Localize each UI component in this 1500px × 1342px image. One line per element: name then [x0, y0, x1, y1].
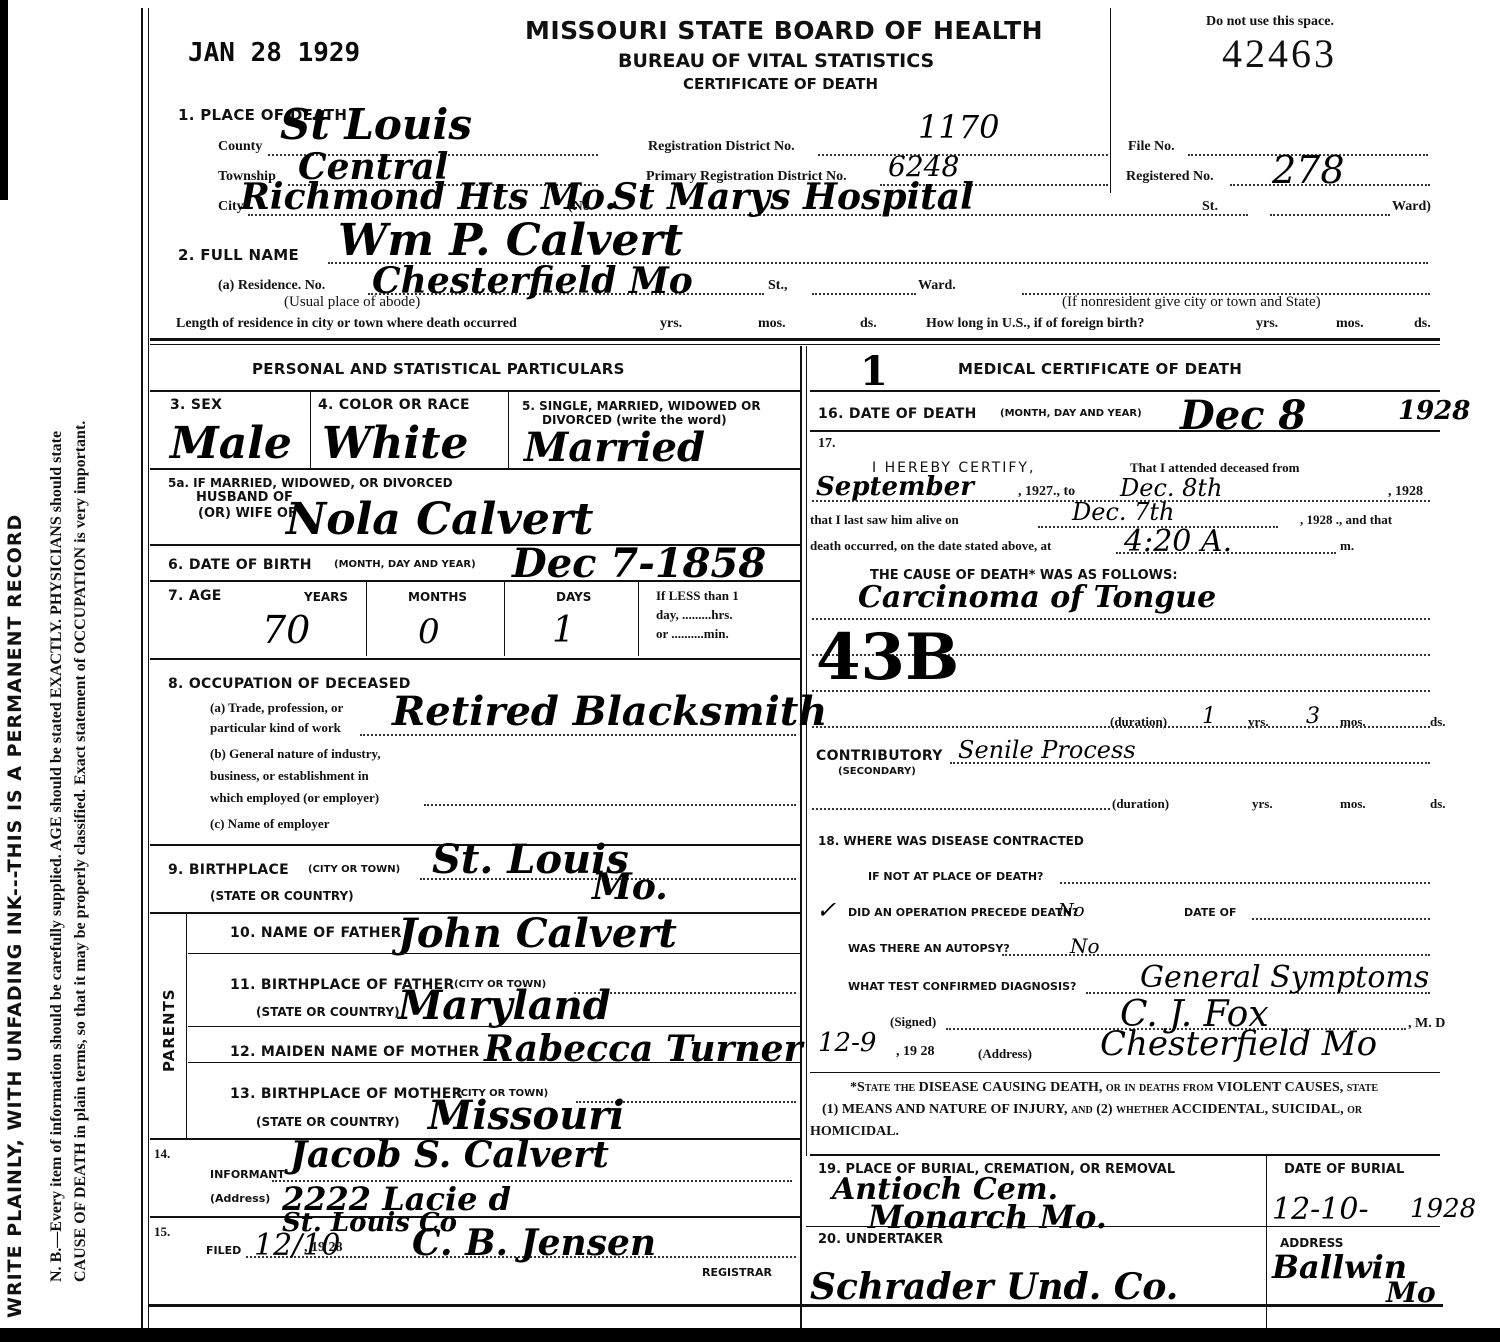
burial-date-label: DATE OF BURIAL: [1284, 1162, 1404, 1177]
marital-status-value: Married: [524, 424, 705, 471]
city-ward-label: Ward): [1392, 199, 1431, 215]
age-years-value: 70: [262, 608, 310, 652]
sex-divider: [310, 392, 311, 468]
last-saw-year: , 1928 ., and that: [1300, 512, 1392, 528]
birthplace-label: 9. BIRTHPLACE: [168, 862, 289, 878]
signed-year: , 19 28: [896, 1044, 935, 1060]
spouse-label-1: 5a. IF MARRIED, WIDOWED, OR DIVORCED: [168, 476, 453, 490]
father-state-value: Maryland: [398, 982, 611, 1029]
occupation-b-label-1: (b) General nature of industry,: [210, 746, 381, 762]
parents-divider: [186, 912, 187, 1138]
death-time-label: death occurred, on the date stated above…: [810, 538, 1051, 554]
office-use-note: Do not use this space.: [1206, 14, 1334, 30]
age-years-label: YEARS: [304, 590, 348, 604]
full-name-label: 2. FULL NAME: [178, 246, 299, 264]
age-months-label: MONTHS: [408, 590, 467, 604]
age-years-divider: [366, 582, 367, 656]
registered-no-label: Registered No.: [1126, 169, 1214, 185]
registrar-name-value: C. B. Jensen: [412, 1222, 656, 1264]
residence-ward-label: Ward.: [918, 278, 956, 294]
mother-name-label: 12. MAIDEN NAME OF MOTHER: [230, 1044, 480, 1060]
cause-of-death-value: Carcinoma of Tongue: [858, 580, 1216, 615]
permanent-record-notice: WRITE PLAINLY, WITH UNFADING INK---THIS …: [4, 514, 26, 1318]
burial-place-value-2: Monarch Mo.: [868, 1198, 1107, 1236]
personal-section-title: PERSONAL AND STATISTICAL PARTICULARS: [252, 360, 625, 378]
parents-label: PARENTS: [160, 988, 178, 1072]
cause-duration-mos-label: mos.: [1340, 714, 1366, 730]
cause-code-value: 43B: [816, 620, 959, 695]
foreign-months-label: mos.: [1336, 316, 1364, 332]
burial-row-bottom: [806, 1226, 1440, 1227]
attended-from-value: September: [816, 472, 974, 502]
cause-field-line-3: [812, 690, 1430, 692]
filed-number: 15.: [154, 1224, 170, 1240]
occupation-a-label-2: particular kind of work: [210, 720, 341, 736]
column-divider-inner: [806, 346, 807, 1156]
last-saw-value: Dec. 7th: [1072, 498, 1175, 526]
not-at-place-field-line: [1060, 882, 1430, 884]
operation-date-label: DATE OF: [1184, 906, 1237, 919]
birthplace-state-label: (STATE OR COUNTRY): [210, 889, 354, 903]
scan-bottom-edge: [0, 1328, 1500, 1342]
date-of-death-year: 1928: [1398, 396, 1470, 426]
certificate-number: 42463: [1222, 30, 1337, 77]
frame-left-outer: [141, 8, 143, 1328]
birthplace-state-value: Mo.: [592, 866, 668, 908]
cause-duration-label: (duration): [1110, 714, 1167, 730]
cause-duration-ds-label: ds.: [1430, 714, 1446, 730]
occupation-a-label-1: (a) Trade, profession, or: [210, 700, 343, 716]
usual-abode-note: (Usual place of abode): [284, 294, 420, 311]
frame-left-inner: [148, 8, 149, 1328]
age-months-divider: [504, 582, 505, 656]
contributory-duration-ds-label: ds.: [1430, 796, 1446, 812]
age-label: 7. AGE: [168, 588, 222, 604]
dob-row-bottom: [150, 580, 800, 582]
filed-label: FILED: [206, 1244, 241, 1257]
physician-address-label: (Address): [978, 1046, 1032, 1062]
marital-status-label: 5. SINGLE, MARRIED, WIDOWED OR: [522, 399, 761, 413]
office-box-divider: [1110, 8, 1111, 193]
ward-field-line: [1270, 214, 1390, 216]
residence-ward-field-line: [812, 293, 916, 295]
father-row-bottom: [188, 953, 800, 954]
spouse-label-2: HUSBAND OF: [196, 490, 293, 505]
hours-label: day, .........hrs.: [656, 607, 733, 623]
operation-date-field-line: [1252, 918, 1430, 920]
scan-edge: [0, 0, 8, 200]
date-of-death-label: 16. DATE OF DEATH: [818, 406, 977, 422]
foreign-days-label: ds.: [1414, 316, 1431, 332]
hospital-value: St Marys Hospital: [612, 176, 974, 218]
autopsy-value: No: [1070, 934, 1100, 958]
burial-divider: [1266, 1156, 1267, 1328]
file-no-label: File No.: [1128, 139, 1175, 155]
occupation-a-value: Retired Blacksmith: [392, 688, 827, 735]
footnote-line-2: (1) MEANS AND NATURE OF INJURY, and (2) …: [822, 1102, 1362, 1118]
registrar-label: REGISTRAR: [702, 1266, 772, 1279]
city-street-label: St.: [1202, 199, 1218, 215]
death-time-suffix: m.: [1340, 538, 1354, 554]
not-at-place-label: IF NOT AT PLACE OF DEATH?: [868, 870, 1043, 883]
column-divider: [800, 346, 802, 1330]
medical-mark: 1: [860, 348, 888, 395]
item-17-label: 17.: [818, 436, 836, 452]
residence-label: (a) Residence. No.: [218, 278, 325, 294]
signed-label: (Signed): [890, 1014, 936, 1030]
form-bottom: [148, 1304, 1443, 1307]
foreign-years-label: yrs.: [1256, 316, 1278, 332]
spouse-value: Nola Calvert: [286, 494, 593, 545]
burial-date-year: 1928: [1410, 1194, 1476, 1224]
date-of-death-sublabel: (MONTH, DAY AND YEAR): [1000, 408, 1142, 419]
signed-date-value: 12-9: [818, 1028, 876, 1058]
race-value: White: [322, 418, 468, 469]
footnote-line-1: *State the DISEASE CAUSING DEATH, or in …: [850, 1080, 1378, 1096]
contributory-duration-mos-label: mos.: [1340, 796, 1366, 812]
personal-header-line: [150, 390, 800, 392]
section-divider-inner: [150, 344, 1440, 345]
burial-top: [810, 1154, 1440, 1156]
form-subtitle: BUREAU OF VITAL STATISTICS: [618, 50, 934, 72]
cause-duration-years: 1: [1202, 704, 1216, 729]
footnote-line-3: HOMICIDAL.: [810, 1124, 899, 1140]
test-confirmed-value: General Symptoms: [1140, 960, 1429, 995]
city-value: Richmond Hts Mo.: [240, 176, 617, 218]
full-name-value: Wm P. Calvert: [338, 215, 683, 266]
street-number-label: (No.: [568, 199, 593, 215]
age-days-value: 1: [552, 610, 575, 651]
operation-check-mark: ✓: [816, 896, 836, 924]
mother-state-value: Missouri: [428, 1092, 625, 1139]
sex-value: Male: [170, 418, 292, 469]
received-stamp-date: JAN 28 1929: [188, 38, 360, 68]
physician-address-value: Chesterfield Mo: [1100, 1024, 1377, 1064]
registered-no-value: 278: [1272, 148, 1345, 192]
instruction-line-1: N. B.—Every item of information should b…: [48, 431, 66, 1282]
attended-to-year: , 1928: [1388, 484, 1423, 500]
nonresident-note: (If nonresident give city or town and St…: [1062, 294, 1321, 311]
spouse-label-3: (OR) WIFE OF: [198, 506, 297, 521]
minutes-label: or ..........min.: [656, 626, 729, 642]
mother-name-value: Rabecca Turner: [484, 1028, 803, 1070]
operation-label: DID AN OPERATION PRECEDE DEATH?: [848, 906, 1078, 919]
instruction-line-2: CAUSE OF DEATH in plain terms, so that i…: [72, 421, 90, 1282]
age-days-divider: [638, 582, 639, 656]
occupation-b-label-3: which employed (or employer): [210, 790, 379, 806]
sex-label: 3. SEX: [170, 397, 222, 413]
informant-address-label: (Address): [210, 1192, 270, 1205]
father-birthplace-row-bottom: [188, 1026, 800, 1027]
race-label: 4. COLOR OR RACE: [318, 397, 470, 413]
age-days-label: DAYS: [556, 590, 591, 604]
foreign-birth-label: How long in U.S., if of foreign birth?: [926, 316, 1144, 332]
date-of-death-bottom: [810, 430, 1440, 432]
instructions-sidebar: WRITE PLAINLY, WITH UNFADING INK---THIS …: [0, 0, 140, 1342]
less-than-day-label: If LESS than 1: [656, 588, 739, 604]
physician-row-bottom: [810, 1072, 1440, 1073]
age-months-value: 0: [418, 612, 440, 652]
residence-days-label: ds.: [860, 316, 877, 332]
date-of-birth-label: 6. DATE OF BIRTH: [168, 557, 312, 573]
cause-duration-yrs-label: yrs.: [1248, 714, 1269, 730]
medical-header-line: [810, 390, 1440, 392]
race-divider: [508, 392, 509, 468]
birthplace-sublabel: (CITY OR TOWN): [308, 864, 400, 875]
contributory-sublabel: (SECONDARY): [838, 766, 916, 777]
registration-district-value: 1170: [918, 108, 999, 146]
residence-years-label: yrs.: [660, 316, 682, 332]
occupation-b-label-2: business, or establishment in: [210, 768, 369, 784]
occupation-c-label: (c) Name of employer: [210, 816, 329, 832]
test-confirmed-label: WHAT TEST CONFIRMED DIAGNOSIS?: [848, 980, 1076, 993]
occupation-b-field-line: [424, 804, 796, 806]
sex-row-bottom: [150, 468, 800, 470]
age-row-bottom: [150, 658, 800, 660]
attended-from-year: , 1927., to: [1018, 484, 1075, 500]
father-state-label: (STATE OR COUNTRY): [256, 1005, 400, 1019]
last-saw-label: that I last saw him alive on: [810, 512, 959, 528]
item-18-label: 18. WHERE WAS DISEASE CONTRACTED: [818, 834, 1084, 848]
form-name: CERTIFICATE OF DEATH: [683, 75, 878, 93]
informant-row-bottom: [150, 1216, 800, 1218]
informant-value: Jacob S. Calvert: [290, 1134, 609, 1176]
mother-row-bottom: [188, 1062, 800, 1063]
registration-district-field-line: [818, 154, 1108, 156]
section-divider: [150, 338, 1440, 341]
autopsy-label: WAS THERE AN AUTOPSY?: [848, 942, 1010, 955]
length-of-residence-label: Length of residence in city or town wher…: [176, 316, 517, 332]
contributory-label: CONTRIBUTORY: [816, 748, 943, 764]
medical-section-title: MEDICAL CERTIFICATE OF DEATH: [958, 360, 1242, 378]
contributory-value: Senile Process: [958, 736, 1136, 764]
registration-district-label: Registration District No.: [648, 139, 795, 155]
md-label: , M. D: [1408, 1016, 1445, 1032]
autopsy-field-line: [1002, 954, 1430, 956]
undertaker-value: Schrader Und. Co.: [810, 1266, 1178, 1308]
death-time-value: 4:20 A.: [1124, 524, 1232, 559]
county-label: County: [218, 139, 262, 155]
residence-months-label: mos.: [758, 316, 786, 332]
mother-state-label: (STATE OR COUNTRY): [256, 1115, 400, 1129]
occupation-label: 8. OCCUPATION OF DECEASED: [168, 676, 411, 692]
contributory-duration-label: (duration): [1112, 796, 1169, 812]
residence-street-label: St.,: [768, 278, 787, 294]
filed-year: , 19 28: [304, 1240, 343, 1256]
contributory-duration-line: [812, 808, 1110, 810]
cause-duration-months: 3: [1306, 704, 1320, 729]
contributory-duration-yrs-label: yrs.: [1252, 796, 1273, 812]
father-name-value: John Calvert: [398, 910, 677, 957]
form-title: MISSOURI STATE BOARD OF HEALTH: [525, 16, 1043, 45]
undertaker-label: 20. UNDERTAKER: [818, 1232, 943, 1247]
informant-number: 14.: [154, 1146, 170, 1162]
father-name-label: 10. NAME OF FATHER: [230, 925, 402, 941]
operation-value: No: [1058, 900, 1085, 921]
date-of-birth-sublabel: (MONTH, DAY AND YEAR): [334, 559, 476, 570]
county-value: St Louis: [280, 100, 472, 149]
burial-date-value: 12-10-: [1272, 1192, 1369, 1227]
